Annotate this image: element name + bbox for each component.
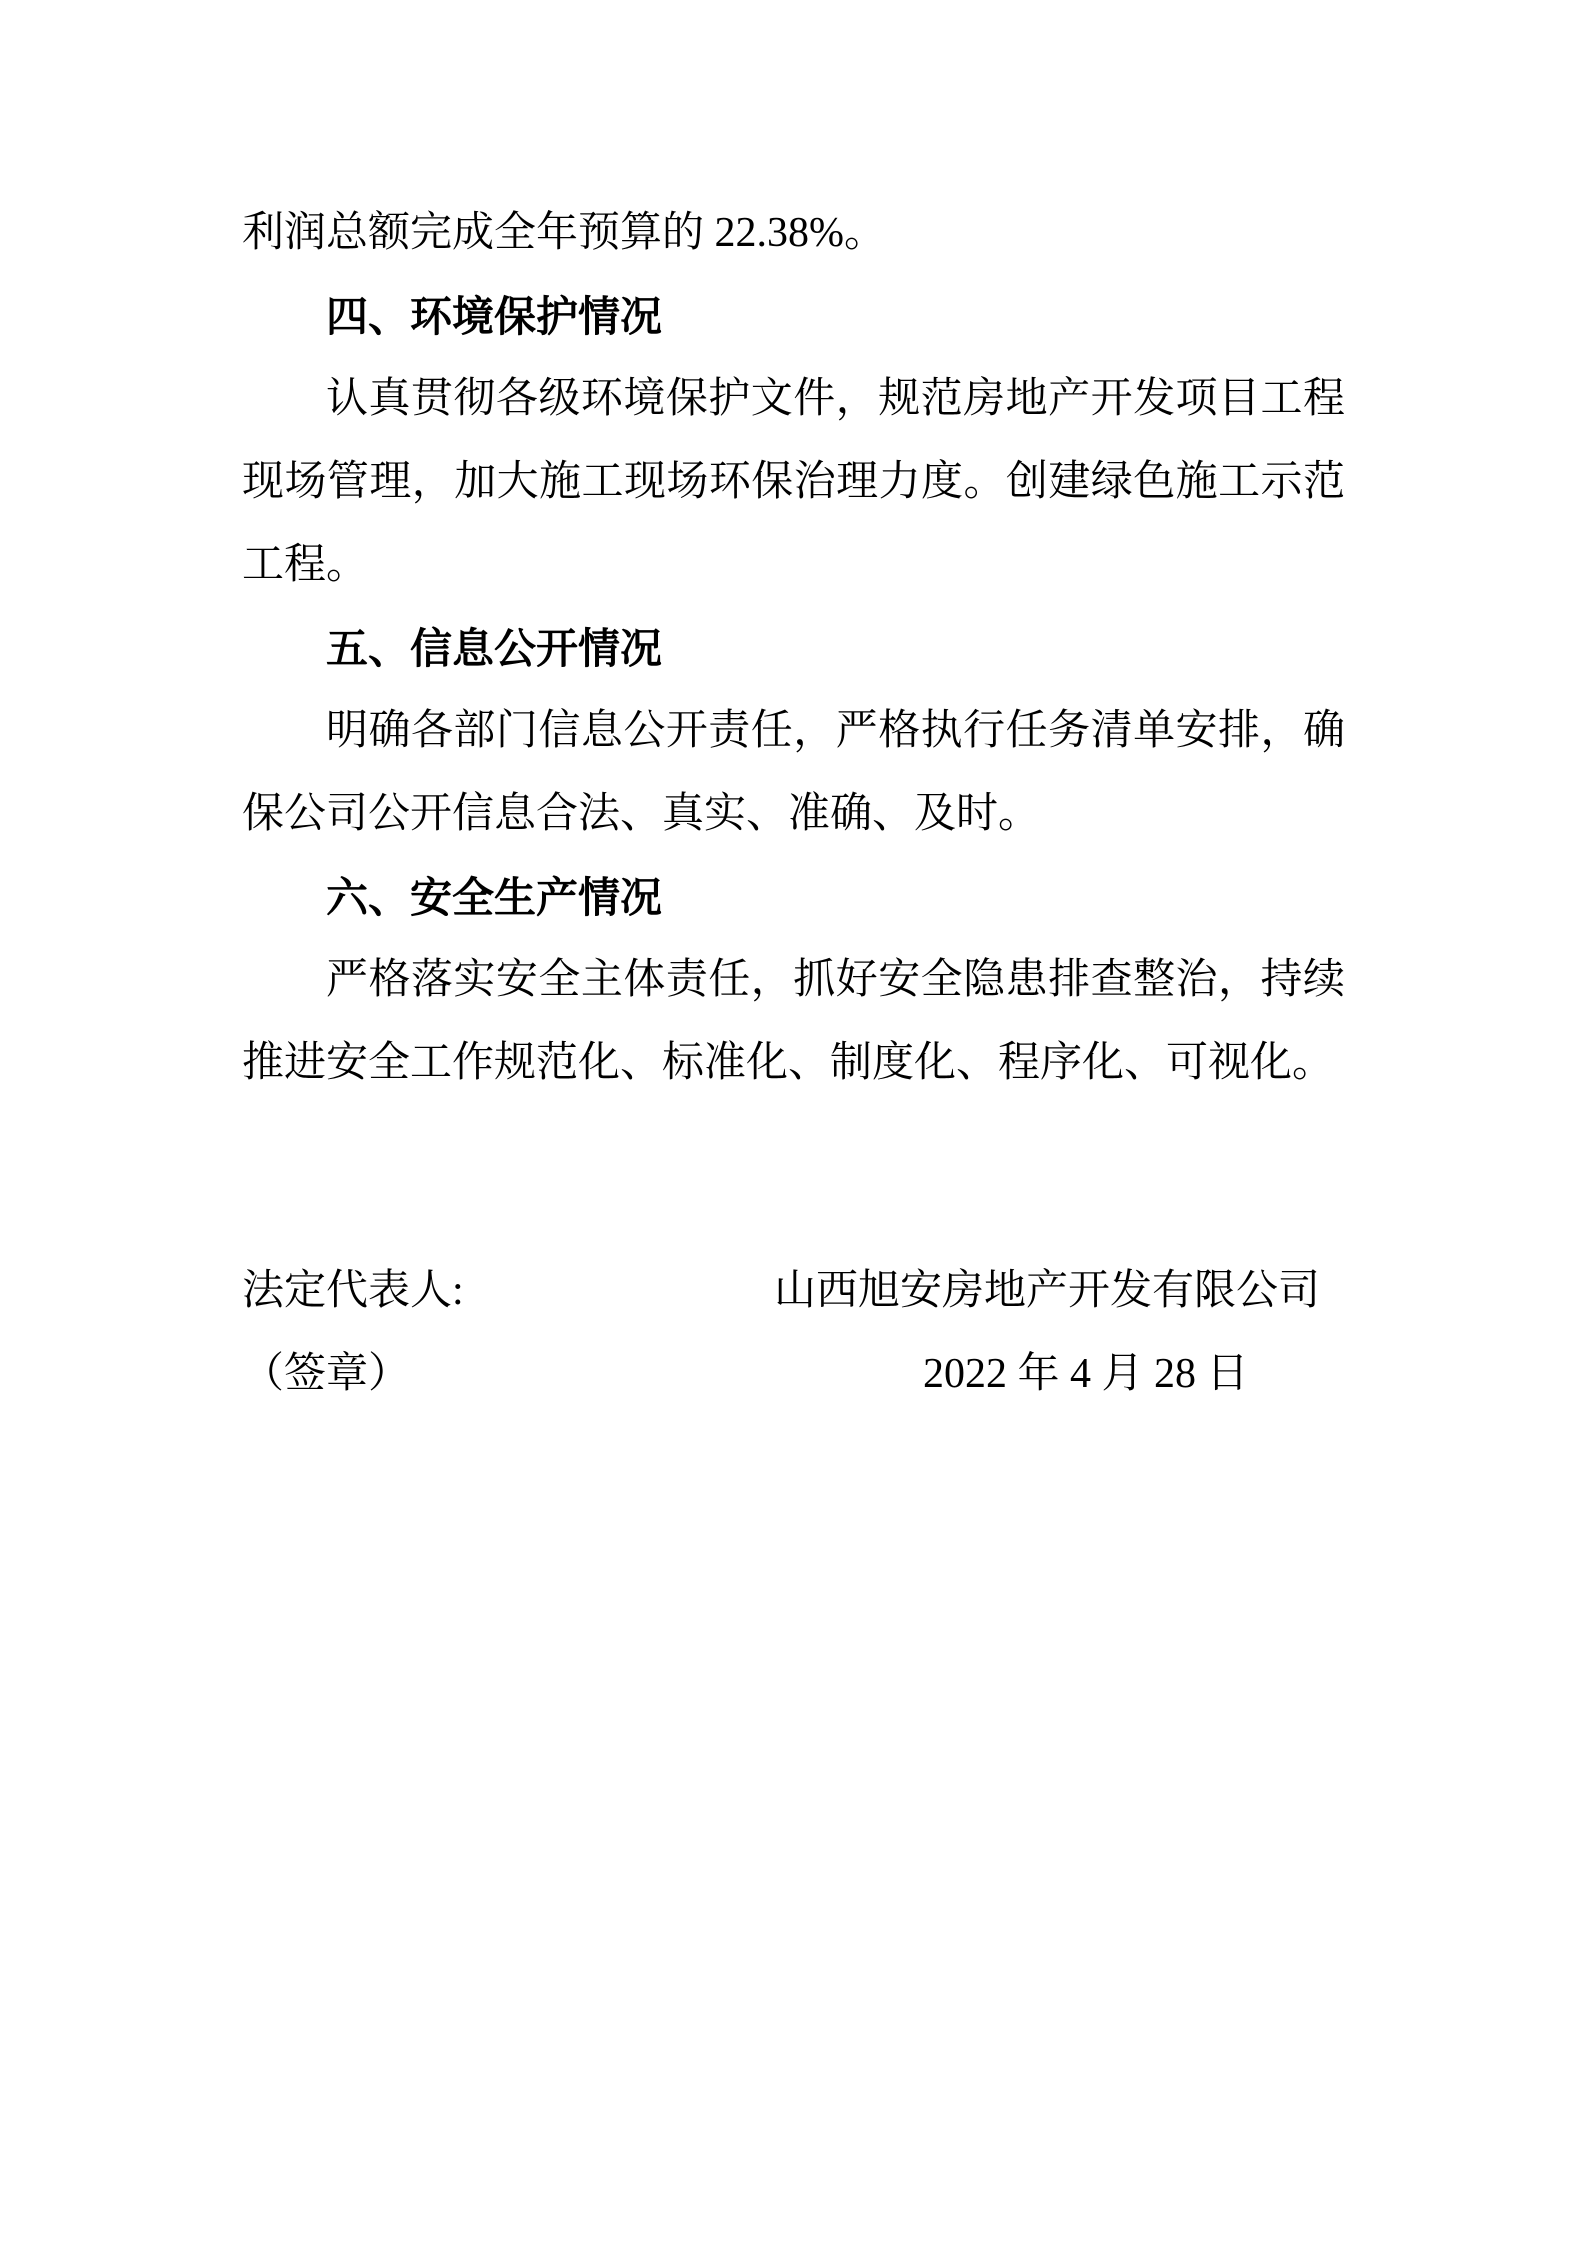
paragraph-line: 明确各部门信息公开责任，严格执行任务清单安排，确: [242, 690, 1345, 773]
signature-date: 2022 年 4 月 28 日: [923, 1333, 1249, 1416]
section-heading-work-safety: 六、安全生产情况: [242, 856, 1345, 939]
paragraph-line: 推进安全工作规范化、标准化、制度化、程序化、可视化。: [242, 1022, 1345, 1105]
paragraph-line: 现场管理，加大施工现场环保治理力度。创建绿色施工示范: [242, 441, 1345, 524]
section-heading-environment: 四、环境保护情况: [242, 275, 1345, 358]
document-page: 利润总额完成全年预算的 22.38%。 四、环境保护情况 认真贯彻各级环境保护文…: [0, 0, 1587, 2245]
company-name: 山西旭安房地产开发有限公司: [774, 1250, 1320, 1333]
section-heading-information-disclosure: 五、信息公开情况: [242, 607, 1345, 690]
paragraph-tail-line: 利润总额完成全年预算的 22.38%。: [242, 192, 1345, 275]
paragraph-line: 保公司公开信息合法、真实、准确、及时。: [242, 773, 1345, 856]
paragraph-line: 工程。: [242, 524, 1345, 607]
paragraph-line: 严格落实安全主体责任，抓好安全隐患排查整治，持续: [242, 939, 1345, 1022]
document-content: 利润总额完成全年预算的 22.38%。 四、环境保护情况 认真贯彻各级环境保护文…: [242, 0, 1345, 1416]
legal-representative-label: 法定代表人:: [242, 1250, 464, 1333]
paragraph-line: 认真贯彻各级环境保护文件，规范房地产开发项目工程: [242, 358, 1345, 441]
signature-row-2: （签章） 2022 年 4 月 28 日: [242, 1333, 1345, 1416]
signature-row-1: 法定代表人: 山西旭安房地产开发有限公司: [242, 1250, 1345, 1333]
seal-label: （签章）: [242, 1333, 410, 1416]
signature-block: 法定代表人: 山西旭安房地产开发有限公司 （签章） 2022 年 4 月 28 …: [242, 1250, 1345, 1416]
